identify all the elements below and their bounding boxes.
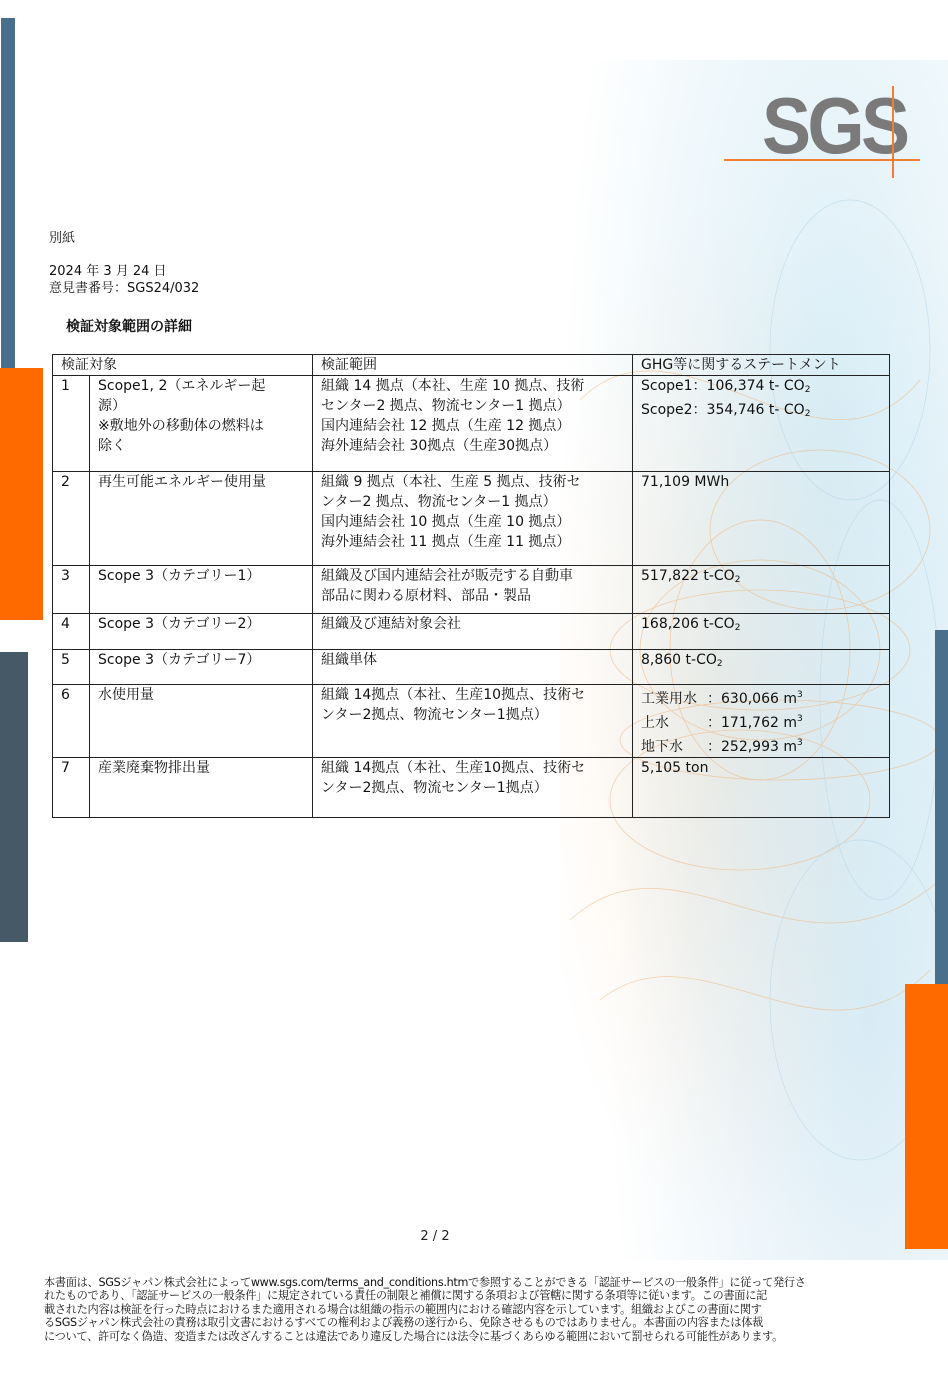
verification-target: Scope 3（カテゴリー1）	[90, 566, 313, 614]
statement-line: Scope1：106,374 t- CO2	[641, 376, 881, 400]
statement-line: Scope2：354,746 t- CO2	[641, 400, 881, 424]
statement-value: 517,822 t-CO	[641, 568, 735, 584]
statement-line: 168,206 t-CO2	[641, 614, 881, 638]
statement-value: 8,860 t-CO	[641, 652, 717, 668]
range-line: 組織及び連結対象会社	[321, 614, 624, 634]
ghg-statement: 8,860 t-CO2	[633, 650, 890, 685]
statement-value: 71,109 MWh	[641, 474, 729, 490]
target-line: Scope 3（カテゴリー7）	[98, 650, 304, 670]
verification-range: 組織 14拠点（本社、生産10拠点、技術センター2拠点、物流センター1拠点）	[313, 685, 633, 758]
decor-bar-right-blue	[935, 630, 948, 985]
statement-value: 5,105 ton	[641, 760, 708, 776]
statement-line: 8,860 t-CO2	[641, 650, 881, 674]
range-line: ンター2拠点、物流センター1拠点）	[321, 705, 624, 725]
target-line: 産業廃棄物排出量	[98, 758, 304, 778]
header-statement: GHG等に関するステートメント	[633, 355, 890, 376]
range-line: 国内連結会社 10 拠点（生産 10 拠点）	[321, 512, 624, 532]
target-line: 再生可能エネルギー使用量	[98, 472, 304, 492]
logo-horizontal-line	[724, 159, 920, 161]
range-line: 組織 9 拠点（本社、生産 5 拠点、技術セ	[321, 472, 624, 492]
opinion-number: 意見書番号：SGS24/032	[49, 281, 199, 297]
table-row: 7産業廃棄物排出量組織 14拠点（本社、生産10拠点、技術センター2拠点、物流セ…	[53, 758, 890, 818]
range-line: センター2 拠点、物流センター1 拠点）	[321, 396, 624, 416]
subscript: 2	[805, 385, 811, 395]
statement-line: 5,105 ton	[641, 758, 881, 782]
verification-range: 組織 14 拠点（本社、生産 10 拠点、技術センター2 拠点、物流センター1 …	[313, 376, 633, 472]
range-line: 海外連結会社 30拠点（生産30拠点）	[321, 436, 624, 456]
row-number: 1	[53, 376, 90, 472]
statement-value: Scope1：106,374 t- CO	[641, 378, 805, 394]
ghg-statement: 71,109 MWh	[633, 472, 890, 566]
target-line: Scope1, 2（エネルギー起	[98, 376, 304, 396]
table-row: 6水使用量組織 14拠点（本社、生産10拠点、技術センター2拠点、物流センター1…	[53, 685, 890, 758]
row-number: 4	[53, 614, 90, 650]
table-body: 1Scope1, 2（エネルギー起源）※敷地外の移動体の燃料は除く組織 14 拠…	[53, 376, 890, 818]
water-kind: 上水	[641, 713, 707, 733]
row-number: 3	[53, 566, 90, 614]
range-line: 組織 14拠点（本社、生産10拠点、技術セ	[321, 685, 624, 705]
decor-bar-left-orange	[0, 368, 43, 620]
row-number: 5	[53, 650, 90, 685]
water-kind: 工業用水	[641, 689, 707, 709]
row-number: 7	[53, 758, 90, 818]
statement-value: Scope2：354,746 t- CO	[641, 402, 805, 418]
ghg-statement: 517,822 t-CO2	[633, 566, 890, 614]
decor-bar-left-dark	[0, 652, 28, 942]
logo-vertical-line	[892, 86, 894, 178]
verification-range: 組織及び連結対象会社	[313, 614, 633, 650]
row-number: 2	[53, 472, 90, 566]
table-row: 5Scope 3（カテゴリー7）組織単体8,860 t-CO2	[53, 650, 890, 685]
table-row: 2再生可能エネルギー使用量組織 9 拠点（本社、生産 5 拠点、技術センター2 …	[53, 472, 890, 566]
section-title: 検証対象範囲の詳細	[66, 316, 192, 336]
header-range: 検証範囲	[313, 355, 633, 376]
sgs-logo: SGS	[724, 86, 920, 178]
verification-range: 組織 14拠点（本社、生産10拠点、技術センター2拠点、物流センター1拠点）	[313, 758, 633, 818]
statement-line: 517,822 t-CO2	[641, 566, 881, 590]
target-line: ※敷地外の移動体の燃料は	[98, 416, 304, 436]
verification-target: Scope 3（カテゴリー2）	[90, 614, 313, 650]
disclaimer-line: について、許可なく偽造、変造または改ざんすることは違法であり違反した場合には法令…	[44, 1330, 884, 1343]
target-line: 除く	[98, 436, 304, 456]
verification-target: 産業廃棄物排出量	[90, 758, 313, 818]
range-line: 組織単体	[321, 650, 624, 670]
target-line: 水使用量	[98, 685, 304, 705]
water-value: ：630,066 m	[707, 691, 797, 707]
verification-target: Scope1, 2（エネルギー起源）※敷地外の移動体の燃料は除く	[90, 376, 313, 472]
ghg-statement: 5,105 ton	[633, 758, 890, 818]
statement-value: 168,206 t-CO	[641, 616, 735, 632]
row-number: 6	[53, 685, 90, 758]
superscript: 3	[797, 690, 803, 700]
statement-line: 71,109 MWh	[641, 472, 881, 496]
verification-target: 水使用量	[90, 685, 313, 758]
target-line: 源）	[98, 396, 304, 416]
range-line: ンター2拠点、物流センター1拠点）	[321, 778, 624, 798]
superscript: 3	[797, 714, 803, 724]
page-number: 2 / 2	[0, 1229, 870, 1244]
ghg-statement: 工業用水：630,066 m3上水：171,762 m3地下水：252,993 …	[633, 685, 890, 758]
header-target: 検証対象	[53, 355, 313, 376]
target-line: Scope 3（カテゴリー2）	[98, 614, 304, 634]
range-line: 海外連結会社 11 拠点（生産 11 拠点）	[321, 532, 624, 552]
verification-target: 再生可能エネルギー使用量	[90, 472, 313, 566]
water-value: ：252,993 m	[707, 739, 797, 755]
legal-disclaimer: 本書面は、SGSジャパン株式会社によってwww.sgs.com/terms_an…	[44, 1276, 884, 1343]
decor-bar-right-orange	[905, 984, 948, 1249]
range-line: 国内連結会社 12 拠点（生産 12 拠点）	[321, 416, 624, 436]
ghg-statement: 168,206 t-CO2	[633, 614, 890, 650]
table-row: 4Scope 3（カテゴリー2）組織及び連結対象会社168,206 t-CO2	[53, 614, 890, 650]
table-row: 1Scope1, 2（エネルギー起源）※敷地外の移動体の燃料は除く組織 14 拠…	[53, 376, 890, 472]
range-line: 組織及び国内連結会社が販売する自動車	[321, 566, 624, 586]
disclaimer-line: れたものであり、「認証サービスの一般条件」に規定されている責任の制限と補償に関す…	[44, 1289, 884, 1302]
disclaimer-line: るSGSジャパン株式会社の責務は取引文書におけるすべての権利および義務の遂行から…	[44, 1316, 884, 1329]
verification-scope-table: 検証対象 検証範囲 GHG等に関するステートメント 1Scope1, 2（エネル…	[52, 354, 890, 818]
verification-target: Scope 3（カテゴリー7）	[90, 650, 313, 685]
water-line: 上水：171,762 m3	[641, 709, 881, 733]
water-kind: 地下水	[641, 737, 707, 757]
superscript: 3	[797, 738, 803, 748]
subscript: 2	[717, 659, 723, 669]
range-line: 部品に関わる原材料、部品・製品	[321, 586, 624, 606]
water-value: ：171,762 m	[707, 715, 797, 731]
range-line: ンター2 拠点、物流センター1 拠点）	[321, 492, 624, 512]
table-header-row: 検証対象 検証範囲 GHG等に関するステートメント	[53, 355, 890, 376]
water-line: 工業用水：630,066 m3	[641, 685, 881, 709]
verification-range: 組織単体	[313, 650, 633, 685]
sgs-logo-text: SGS	[762, 86, 906, 166]
table-row: 3Scope 3（カテゴリー1）組織及び国内連結会社が販売する自動車部品に関わる…	[53, 566, 890, 614]
target-line: Scope 3（カテゴリー1）	[98, 566, 304, 586]
decor-bar-left-blue	[1, 18, 15, 373]
annex-label: 別紙	[49, 231, 75, 247]
range-line: 組織 14拠点（本社、生産10拠点、技術セ	[321, 758, 624, 778]
issue-date: 2024 年 3 月 24 日	[49, 264, 167, 280]
disclaimer-line: 載された内容は検証を行った時点におけるまた適用される場合は組織の指示の範囲内にお…	[44, 1303, 884, 1316]
ghg-statement: Scope1：106,374 t- CO2Scope2：354,746 t- C…	[633, 376, 890, 472]
water-line: 地下水：252,993 m3	[641, 733, 881, 757]
range-line: 組織 14 拠点（本社、生産 10 拠点、技術	[321, 376, 624, 396]
subscript: 2	[805, 409, 811, 419]
subscript: 2	[735, 623, 741, 633]
verification-range: 組織及び国内連結会社が販売する自動車部品に関わる原材料、部品・製品	[313, 566, 633, 614]
disclaimer-line: 本書面は、SGSジャパン株式会社によってwww.sgs.com/terms_an…	[44, 1276, 884, 1289]
subscript: 2	[735, 575, 741, 585]
verification-range: 組織 9 拠点（本社、生産 5 拠点、技術センター2 拠点、物流センター1 拠点…	[313, 472, 633, 566]
